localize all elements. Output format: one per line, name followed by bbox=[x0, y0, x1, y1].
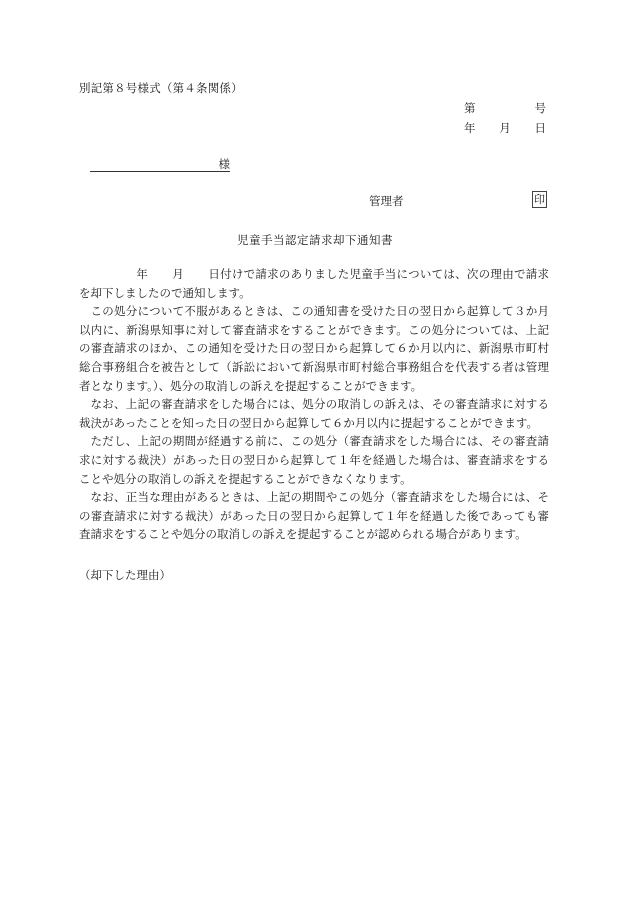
seal-stamp-box: 印 bbox=[532, 191, 547, 208]
date-month: 月 bbox=[499, 120, 511, 136]
opening-text: 日付けで請求のありました児童手当については、次の理由で請求を却下しましたので通知… bbox=[79, 267, 549, 300]
form-label: 別記第８号様式（第４条関係） bbox=[79, 80, 243, 96]
opening-paragraph: 年月日付けで請求のありました児童手当については、次の理由で請求を却下しましたので… bbox=[79, 265, 549, 302]
date-year: 年 bbox=[464, 120, 476, 136]
document-number: 第 号 bbox=[464, 100, 546, 116]
opening-month: 月 bbox=[172, 267, 184, 281]
document-body: 年月日付けで請求のありました児童手当については、次の理由で請求を却下しましたので… bbox=[79, 265, 549, 544]
opening-year: 年 bbox=[136, 267, 148, 281]
number-prefix: 第 bbox=[464, 100, 476, 116]
number-suffix: 号 bbox=[535, 100, 547, 116]
paragraph-time-limit: ただし、上記の期間が経過する前に、この処分（審査請求をした場合には、その審査請求… bbox=[79, 432, 549, 488]
paragraph-exception: なお、正当な理由があるときは、上記の期間やこの処分（審査請求をした場合には、その… bbox=[79, 488, 549, 544]
rejection-reason-label: （却下した理由） bbox=[79, 567, 171, 583]
addressee-line: 様 bbox=[90, 156, 230, 172]
document-title: 児童手当認定請求却下通知書 bbox=[0, 232, 630, 248]
paragraph-after-review: なお、上記の審査請求をした場合には、処分の取消しの訴えは、その審査請求に対する裁… bbox=[79, 395, 549, 432]
issuer-label: 管理者 bbox=[369, 193, 404, 209]
addressee-honorific: 様 bbox=[219, 156, 231, 172]
issue-date: 年 月 日 bbox=[464, 120, 546, 136]
paragraph-appeal: この処分について不服があるときは、この通知書を受けた日の翌日から起算して３か月以… bbox=[79, 302, 549, 395]
date-day: 日 bbox=[535, 120, 547, 136]
